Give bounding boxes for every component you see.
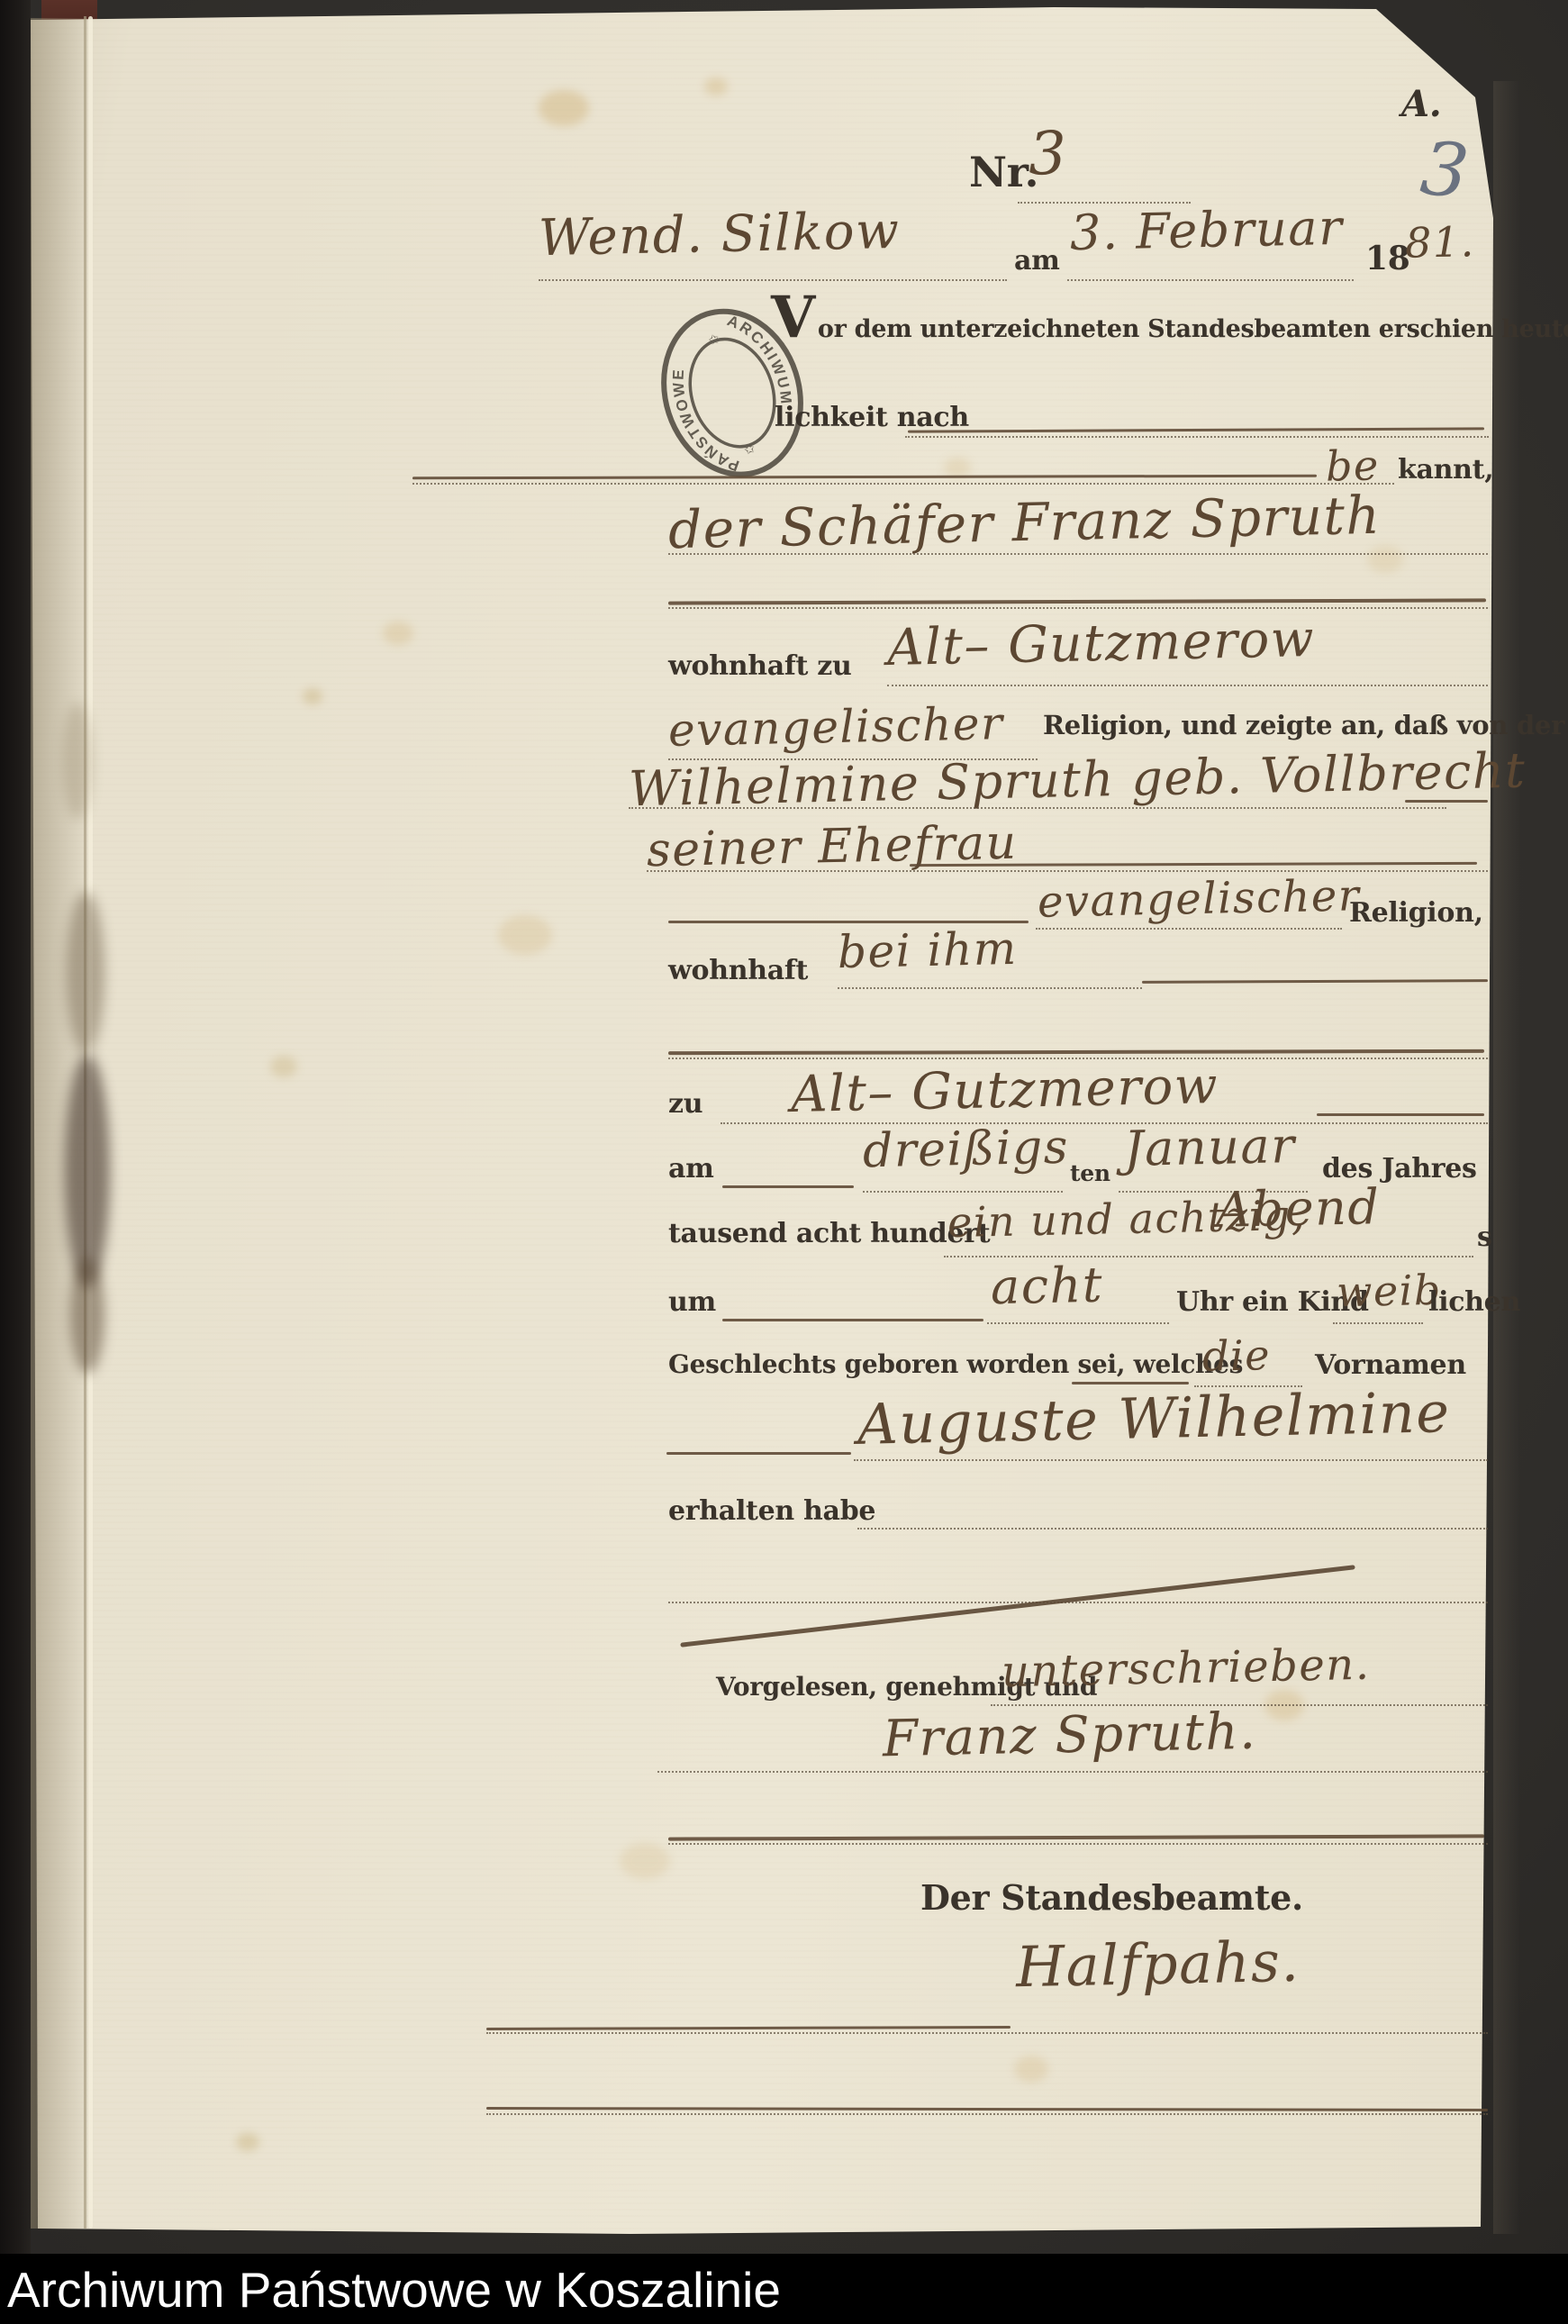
am-birth-label: am [668,1153,714,1185]
foxing-stain [704,77,728,95]
mother-relation-handwritten: seiner Ehefrau [646,816,1018,878]
ruled-line [1036,928,1342,930]
birth-day-handwritten: dreißigs [862,1121,1069,1179]
ink-fill-line [666,1452,851,1455]
ink-smudge [70,1257,104,1374]
ruled-line [854,1459,1488,1461]
foxing-stain [236,2133,259,2151]
religion2-label: Religion, [1349,897,1483,929]
registrar-signature: Halfpahs. [1015,1929,1301,2001]
scanned-register-page: A. 3 Nr. 3 Wend. Silkow am 3. Februar 18… [0,0,1568,2324]
foxing-stain [944,458,971,477]
tausend-label: tausend acht hundert [668,1218,990,1249]
zu-label: zu [668,1088,702,1120]
foxing-stain [498,915,552,955]
be-handwritten: be [1325,440,1380,490]
ruled-line [1333,1322,1423,1324]
ruled-line [857,1528,1488,1530]
ink-fill-line [1072,1382,1189,1384]
child-name-handwritten: Auguste Wilhelmine [857,1379,1451,1457]
kannt-label: kannt, [1398,454,1493,486]
daytime-handwritten: Abend [1215,1178,1381,1239]
am-label: am [1014,245,1060,277]
ink-smudge [67,892,104,1054]
wohnhaft-label: wohnhaft [668,955,808,986]
ruled-line [412,483,1394,485]
religion2-handwritten: evangelischer [1037,870,1360,927]
gender-handwritten: weib [1336,1266,1442,1316]
ink-smudge [65,1054,110,1288]
declarant-signature: Franz Spruth. [882,1702,1257,1769]
ruled-line [657,1771,1488,1773]
ten-label: ten [1070,1160,1110,1186]
ruled-line [1067,279,1354,281]
pencil-page-number: 3 [1417,126,1473,216]
wohnhaft-bei-handwritten: bei ihm [837,922,1018,978]
place-name-handwritten: Wend. Silkow [538,202,901,268]
religion1-handwritten: evangelischer [667,697,1003,757]
foxing-stain [1367,546,1403,573]
year-printed-prefix: 18 [1365,240,1410,277]
ruled-line [668,607,1488,609]
ruled-line [668,1843,1488,1845]
ink-fill-line [722,1185,854,1188]
erhalten-habe-label: erhalten habe [668,1495,875,1527]
ruled-line [668,553,1488,555]
ruled-line [539,279,1007,281]
ink-fill-line [1405,800,1488,803]
birthplace-handwritten: Alt– Gutzmerow [790,1057,1219,1124]
form-intro-line2: lichkeit nach [775,402,969,433]
foxing-stain [383,622,413,645]
geschlechts-label: Geschlechts geboren worden sei, welches [668,1349,1243,1379]
die-handwritten: die [1201,1330,1271,1381]
ink-fill-line [722,1319,983,1321]
um-label: um [668,1286,716,1318]
date-handwritten: 3. Februar [1069,199,1344,261]
residence-handwritten: Alt– Gutzmerow [886,610,1315,677]
foxing-stain [270,1056,297,1077]
ruled-line [486,2113,1488,2115]
foxing-stain [539,90,589,126]
ruled-line [987,1322,1169,1324]
page-stack-edge [1493,81,1520,2234]
ink-fill-line [1317,1113,1484,1116]
foxing-stain [1014,2056,1048,2083]
religion1-label: Religion, und zeigte an, daß von der [1043,710,1564,740]
book-spine [0,0,31,2324]
stamp-star-icon: ✩ [707,331,721,349]
vornamen-label: Vornamen [1315,1349,1466,1381]
wohnhaft-zu-label: wohnhaft zu [668,650,851,682]
s-suffix-label: s [1477,1221,1492,1253]
record-number-value: 3 [1028,119,1068,189]
foxing-stain [620,1843,670,1879]
ruled-line [838,987,1142,989]
ruled-line [863,1191,1063,1193]
foxing-stain [303,688,322,704]
lichen-label: lichen [1428,1286,1520,1318]
registrar-title: Der Standesbeamte. [920,1877,1303,1918]
archive-name: Archiwum Państwowe w Koszalinie [7,2261,781,2319]
ink-smudge [63,703,92,820]
ruled-line [647,870,1488,872]
ruled-line [486,2032,1488,2034]
ruled-line [905,436,1489,438]
unterschrieben-handwritten: unterschrieben. [1001,1639,1370,1698]
birth-hour-handwritten: acht [990,1257,1103,1316]
form-intro-line1: Vor dem unterzeichneten Standesbeamten e… [771,317,1568,341]
birth-month-handwritten: Januar [1123,1117,1296,1177]
ruled-line [629,807,1446,809]
year-handwritten: 81. [1404,217,1475,268]
form-corner-letter: A. [1401,83,1441,125]
ruled-line [887,685,1488,686]
